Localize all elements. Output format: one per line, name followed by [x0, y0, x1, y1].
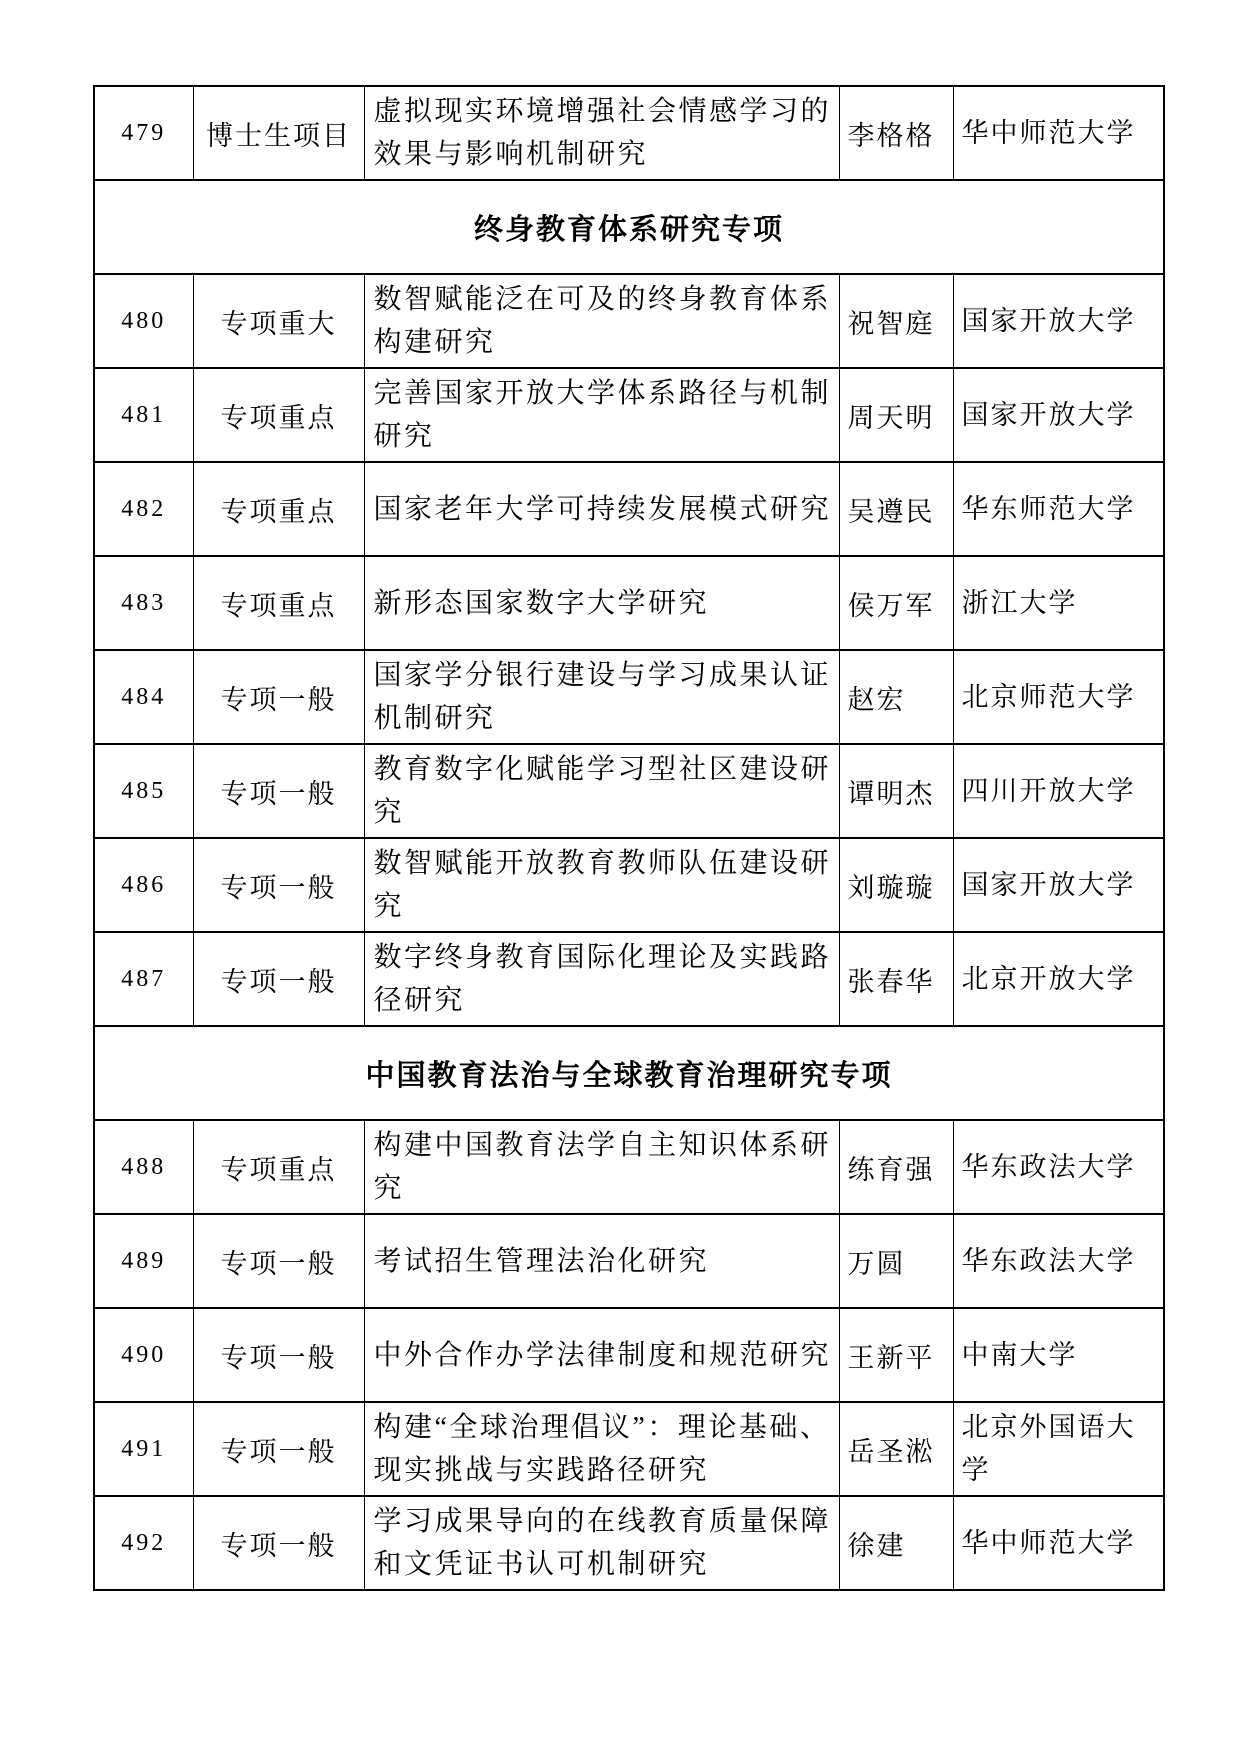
- table-row-491: 491 专项一般 构建“全球治理倡议”：理论基础、现实挑战与实践路径研究 岳圣淞…: [94, 1402, 1164, 1496]
- cell-number: 491: [94, 1402, 193, 1496]
- cell-category: 专项一般: [193, 1214, 364, 1308]
- section-header-row: 终身教育体系研究专项: [94, 180, 1164, 274]
- cell-category: 专项一般: [193, 838, 364, 932]
- cell-number: 486: [94, 838, 193, 932]
- cell-leader: 赵宏: [839, 650, 953, 744]
- cell-leader: 练育强: [839, 1120, 953, 1214]
- cell-institution: 华东政法大学: [953, 1214, 1164, 1308]
- table-row-485: 485 专项一般 教育数字化赋能学习型社区建设研究 谭明杰 四川开放大学: [94, 744, 1164, 838]
- cell-institution: 华中师范大学: [953, 86, 1164, 180]
- cell-category: 专项一般: [193, 1308, 364, 1402]
- cell-number: 484: [94, 650, 193, 744]
- table-row-484: 484 专项一般 国家学分银行建设与学习成果认证机制研究 赵宏 北京师范大学: [94, 650, 1164, 744]
- cell-project-title: 国家老年大学可持续发展模式研究: [364, 462, 839, 556]
- table-row-488: 488 专项重点 构建中国教育法学自主知识体系研究 练育强 华东政法大学: [94, 1120, 1164, 1214]
- cell-project-title: 学习成果导向的在线教育质量保障和文凭证书认可机制研究: [364, 1496, 839, 1590]
- cell-project-title: 数智赋能开放教育教师队伍建设研究: [364, 838, 839, 932]
- cell-leader: 徐建: [839, 1496, 953, 1590]
- cell-category: 专项一般: [193, 744, 364, 838]
- cell-project-title: 中外合作办学法律制度和规范研究: [364, 1308, 839, 1402]
- cell-project-title: 虚拟现实环境增强社会情感学习的效果与影响机制研究: [364, 86, 839, 180]
- cell-leader: 李格格: [839, 86, 953, 180]
- cell-leader: 岳圣淞: [839, 1402, 953, 1496]
- cell-number: 487: [94, 932, 193, 1026]
- cell-institution: 华东政法大学: [953, 1120, 1164, 1214]
- cell-institution: 北京开放大学: [953, 932, 1164, 1026]
- cell-number: 489: [94, 1214, 193, 1308]
- cell-number: 482: [94, 462, 193, 556]
- cell-project-title: 完善国家开放大学体系路径与机制研究: [364, 368, 839, 462]
- cell-category: 专项重点: [193, 368, 364, 462]
- cell-leader: 吴遵民: [839, 462, 953, 556]
- cell-leader: 张春华: [839, 932, 953, 1026]
- table-row-482: 482 专项重点 国家老年大学可持续发展模式研究 吴遵民 华东师范大学: [94, 462, 1164, 556]
- document-page: 479 博士生项目 虚拟现实环境增强社会情感学习的效果与影响机制研究 李格格 华…: [0, 0, 1241, 1754]
- cell-category: 专项一般: [193, 932, 364, 1026]
- cell-category: 博士生项目: [193, 86, 364, 180]
- cell-leader: 周天明: [839, 368, 953, 462]
- cell-institution: 华中师范大学: [953, 1496, 1164, 1590]
- section-header-row: 中国教育法治与全球教育治理研究专项: [94, 1026, 1164, 1120]
- cell-leader: 王新平: [839, 1308, 953, 1402]
- cell-institution: 浙江大学: [953, 556, 1164, 650]
- section-title: 中国教育法治与全球教育治理研究专项: [94, 1026, 1164, 1120]
- cell-leader: 刘璇璇: [839, 838, 953, 932]
- table-row-481: 481 专项重点 完善国家开放大学体系路径与机制研究 周天明 国家开放大学: [94, 368, 1164, 462]
- cell-institution: 北京师范大学: [953, 650, 1164, 744]
- table-row-490: 490 专项一般 中外合作办学法律制度和规范研究 王新平 中南大学: [94, 1308, 1164, 1402]
- cell-number: 492: [94, 1496, 193, 1590]
- cell-project-title: 新形态国家数字大学研究: [364, 556, 839, 650]
- cell-institution: 国家开放大学: [953, 838, 1164, 932]
- cell-institution: 国家开放大学: [953, 274, 1164, 368]
- cell-leader: 谭明杰: [839, 744, 953, 838]
- cell-institution: 四川开放大学: [953, 744, 1164, 838]
- cell-project-title: 构建中国教育法学自主知识体系研究: [364, 1120, 839, 1214]
- cell-project-title: 数字终身教育国际化理论及实践路径研究: [364, 932, 839, 1026]
- table-row-480: 480 专项重大 数智赋能泛在可及的终身教育体系构建研究 祝智庭 国家开放大学: [94, 274, 1164, 368]
- table-row-492: 492 专项一般 学习成果导向的在线教育质量保障和文凭证书认可机制研究 徐建 华…: [94, 1496, 1164, 1590]
- cell-category: 专项重点: [193, 1120, 364, 1214]
- cell-number: 479: [94, 86, 193, 180]
- cell-number: 481: [94, 368, 193, 462]
- cell-category: 专项一般: [193, 1496, 364, 1590]
- cell-project-title: 国家学分银行建设与学习成果认证机制研究: [364, 650, 839, 744]
- cell-project-title: 教育数字化赋能学习型社区建设研究: [364, 744, 839, 838]
- cell-project-title: 考试招生管理法治化研究: [364, 1214, 839, 1308]
- cell-number: 490: [94, 1308, 193, 1402]
- cell-project-title: 构建“全球治理倡议”：理论基础、现实挑战与实践路径研究: [364, 1402, 839, 1496]
- cell-leader: 侯万军: [839, 556, 953, 650]
- cell-institution: 北京外国语大学: [953, 1402, 1164, 1496]
- cell-institution: 华东师范大学: [953, 462, 1164, 556]
- table-row-489: 489 专项一般 考试招生管理法治化研究 万圆 华东政法大学: [94, 1214, 1164, 1308]
- projects-table: 479 博士生项目 虚拟现实环境增强社会情感学习的效果与影响机制研究 李格格 华…: [93, 85, 1165, 1591]
- table-row-486: 486 专项一般 数智赋能开放教育教师队伍建设研究 刘璇璇 国家开放大学: [94, 838, 1164, 932]
- table-row-487: 487 专项一般 数字终身教育国际化理论及实践路径研究 张春华 北京开放大学: [94, 932, 1164, 1026]
- table-row-479: 479 博士生项目 虚拟现实环境增强社会情感学习的效果与影响机制研究 李格格 华…: [94, 86, 1164, 180]
- cell-number: 480: [94, 274, 193, 368]
- cell-number: 488: [94, 1120, 193, 1214]
- table-row-483: 483 专项重点 新形态国家数字大学研究 侯万军 浙江大学: [94, 556, 1164, 650]
- cell-number: 485: [94, 744, 193, 838]
- cell-category: 专项重点: [193, 556, 364, 650]
- cell-category: 专项重大: [193, 274, 364, 368]
- cell-project-title: 数智赋能泛在可及的终身教育体系构建研究: [364, 274, 839, 368]
- cell-category: 专项重点: [193, 462, 364, 556]
- cell-institution: 国家开放大学: [953, 368, 1164, 462]
- cell-leader: 万圆: [839, 1214, 953, 1308]
- cell-leader: 祝智庭: [839, 274, 953, 368]
- section-title: 终身教育体系研究专项: [94, 180, 1164, 274]
- cell-number: 483: [94, 556, 193, 650]
- cell-category: 专项一般: [193, 650, 364, 744]
- cell-institution: 中南大学: [953, 1308, 1164, 1402]
- cell-category: 专项一般: [193, 1402, 364, 1496]
